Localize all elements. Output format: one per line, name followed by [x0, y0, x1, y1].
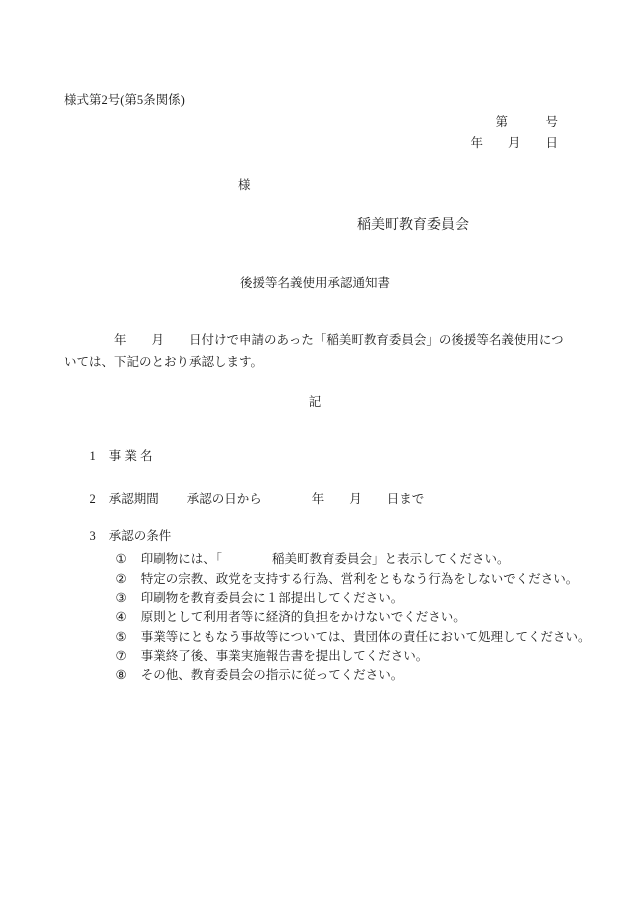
item-label: 事 業 名: [109, 449, 153, 463]
issue-date-line: 年 月 日: [470, 136, 558, 152]
form-number: 様式第2号(第5条関係): [64, 93, 185, 109]
condition-row-8: ⑧その他、教育委員会の指示に従ってください。: [103, 652, 403, 699]
item-number: 3: [90, 529, 96, 543]
document-title: 後援等名義使用承認通知書: [0, 276, 630, 292]
issue-number-line: 第 号: [495, 115, 558, 131]
condition-marker: ⑧: [116, 668, 127, 682]
condition-text: その他、教育委員会の指示に従ってください。: [141, 668, 404, 682]
body-paragraph-line-1: 年 月 日付けで申請のあった「稲美町教育委員会」の後援等名義使用につ: [64, 333, 564, 349]
item-project-name: 1事 業 名: [77, 433, 181, 480]
body-paragraph-line-2: いては、下記のとおり承認します。: [64, 355, 263, 371]
addressee-honorific: 様: [238, 178, 251, 194]
item-detail: 承認の日から 年 月 日まで: [187, 492, 425, 506]
item-number: 1: [90, 449, 96, 463]
item-number: 2: [90, 492, 96, 506]
document-page: 様式第2号(第5条関係) 第 号 年 月 日 様 稲美町教育委員会 後援等名義使…: [0, 0, 630, 903]
sender-name: 稲美町教育委員会: [357, 217, 469, 235]
record-marker: 記: [0, 395, 630, 411]
item-label: 承認期間: [109, 492, 159, 506]
